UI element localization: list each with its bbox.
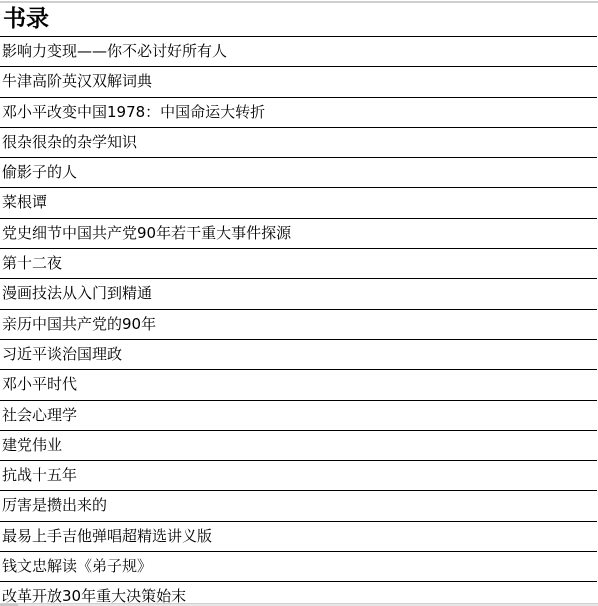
- book-list-item[interactable]: 抗战十五年: [0, 461, 597, 491]
- book-list-item[interactable]: 邓小平时代: [0, 370, 597, 400]
- book-list-item[interactable]: 偷影子的人: [0, 158, 597, 188]
- book-list-item[interactable]: 建党伟业: [0, 431, 597, 461]
- book-list-item[interactable]: 厉害是攒出来的: [0, 491, 597, 521]
- book-list-item[interactable]: 很杂很杂的杂学知识: [0, 128, 597, 158]
- book-list-item[interactable]: 党史细节中国共产党90年若干重大事件探源: [0, 219, 597, 249]
- book-list-item[interactable]: 亲历中国共产党的90年: [0, 310, 597, 340]
- book-list-item[interactable]: 最易上手吉他弹唱超精选讲义版: [0, 522, 597, 552]
- book-list-item[interactable]: 影响力变现——你不必讨好所有人: [0, 37, 597, 67]
- book-list-item[interactable]: 邓小平改变中国1978：中国命运大转折: [0, 98, 597, 128]
- book-list-item[interactable]: 习近平谈治国理政: [0, 340, 597, 370]
- book-list-item[interactable]: 社会心理学: [0, 401, 597, 431]
- book-list-item[interactable]: 漫画技法从入门到精通: [0, 279, 597, 309]
- book-list-item[interactable]: 菜根谭: [0, 188, 597, 218]
- book-list: 影响力变现——你不必讨好所有人 牛津高阶英汉双解词典 邓小平改变中国1978：中…: [0, 37, 597, 606]
- book-list-item[interactable]: 第十二夜: [0, 249, 597, 279]
- book-catalog-page: 书录 影响力变现——你不必讨好所有人 牛津高阶英汉双解词典 邓小平改变中国197…: [0, 3, 597, 606]
- book-list-item[interactable]: 钱文忠解读《弟子规》: [0, 552, 597, 582]
- book-list-item[interactable]: 牛津高阶英汉双解词典: [0, 67, 597, 97]
- page-title: 书录: [0, 3, 597, 37]
